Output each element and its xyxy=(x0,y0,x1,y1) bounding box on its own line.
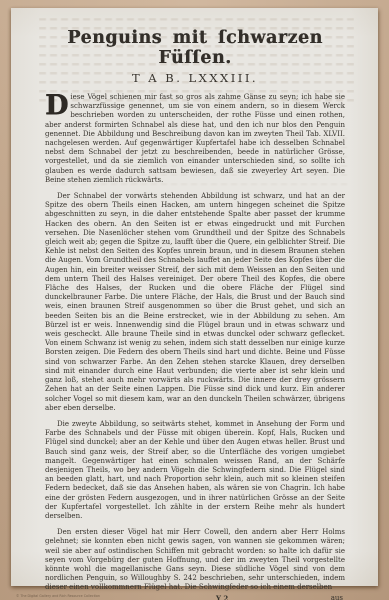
paragraph-2: Der Schnabel der vorwärts stehenden Abbi… xyxy=(45,192,345,413)
paragraph-3: Die zweyte Abbildung, so seitwärts stehe… xyxy=(45,420,345,521)
paragraph-1-text: iese Vögel schienen mir fast so gros als… xyxy=(45,93,345,184)
signature-mark: Y 2 xyxy=(216,594,228,600)
body-text: Diese Vögel schienen mir fast so gros al… xyxy=(45,93,345,600)
page-title: Penguins mit ſchwarzen Füſſen. xyxy=(45,28,345,68)
drop-cap-initial: D xyxy=(45,93,70,119)
paragraph-1: Diese Vögel schienen mir fast so gros al… xyxy=(45,93,345,185)
paragraph-4: Den ersten dieser Vögel hat mir Herr Cow… xyxy=(45,528,345,592)
catchword: aus xyxy=(331,594,343,600)
page: Penguins mit ſchwarzen Füſſen. T A B. LX… xyxy=(11,8,378,586)
plate-number: T A B. LXXXIII. xyxy=(45,71,345,85)
scan-credit-line: © The Digital Gallery and Rich Resource … xyxy=(16,594,100,598)
text-block: Penguins mit ſchwarzen Füſſen. T A B. LX… xyxy=(45,28,345,600)
